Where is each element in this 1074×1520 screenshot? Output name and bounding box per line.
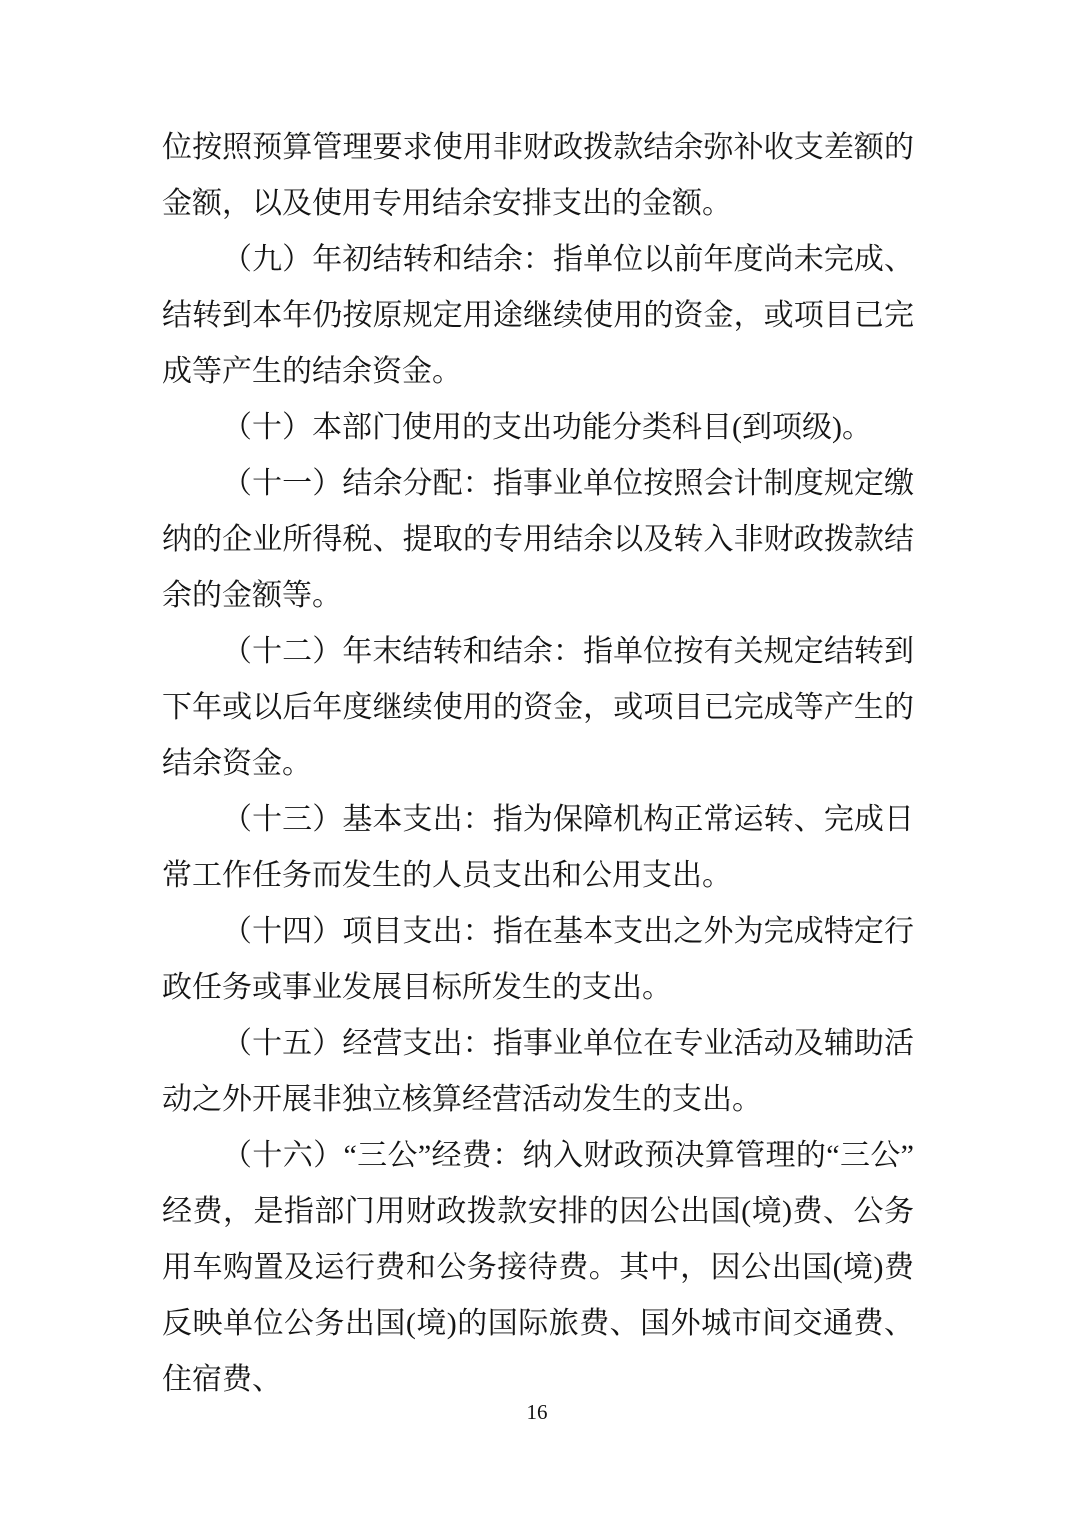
paragraph-item-13: （十三）基本支出：指为保障机构正常运转、完成日常工作任务而发生的人员支出和公用支…: [162, 792, 914, 904]
paragraph-item-10: （十）本部门使用的支出功能分类科目(到项级)。: [162, 400, 914, 456]
paragraph-item-9: （九）年初结转和结余：指单位以前年度尚未完成、结转到本年仍按原规定用途继续使用的…: [162, 232, 914, 400]
paragraph-item-11: （十一）结余分配：指事业单位按照会计制度规定缴纳的企业所得税、提取的专用结余以及…: [162, 456, 914, 624]
page-number: 16: [0, 1398, 1074, 1426]
document-page: 位按照预算管理要求使用非财政拨款结余弥补收支差额的金额，以及使用专用结余安排支出…: [0, 0, 1074, 1520]
paragraph-item-15: （十五）经营支出：指事业单位在专业活动及辅助活动之外开展非独立核算经营活动发生的…: [162, 1016, 914, 1128]
paragraph-item-16: （十六）“三公”经费：纳入财政预决算管理的“三公”经费，是指部门用财政拨款安排的…: [162, 1128, 914, 1408]
paragraph-item-12: （十二）年末结转和结余：指单位按有关规定结转到下年或以后年度继续使用的资金，或项…: [162, 624, 914, 792]
paragraph-continuation: 位按照预算管理要求使用非财政拨款结余弥补收支差额的金额，以及使用专用结余安排支出…: [162, 120, 914, 232]
text-body: 位按照预算管理要求使用非财政拨款结余弥补收支差额的金额，以及使用专用结余安排支出…: [162, 120, 914, 1408]
paragraph-item-14: （十四）项目支出：指在基本支出之外为完成特定行政任务或事业发展目标所发生的支出。: [162, 904, 914, 1016]
